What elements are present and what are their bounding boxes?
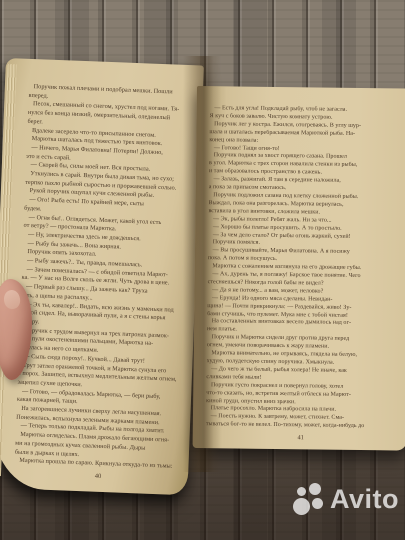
text-line: тываться бог-то не велел. По-тихому, мож… (206, 421, 396, 431)
right-page-text: — Есть для угла! Подкладай рыбу, чтоб не… (206, 105, 400, 443)
page-fore-edge (0, 64, 17, 476)
left-page-text: Поручик пожал плечами и подобрал мешки. … (14, 83, 197, 485)
left-book-page: Поручик пожал плечами и подобрал мешки. … (0, 58, 204, 495)
right-book-page: — Есть для угла! Подкладай рыбу, чтоб не… (193, 86, 405, 451)
right-page-number: 41 (206, 433, 396, 443)
avito-logo-icon (293, 483, 324, 515)
thumbnail (3, 289, 21, 310)
left-page-number: 40 (14, 470, 182, 485)
avito-wordmark: Avito (330, 484, 399, 515)
book-gutter-shadow (183, 56, 221, 472)
book-photo: Поручик пожал плечами и подобрал мешки. … (0, 0, 405, 540)
avito-watermark: Avito (293, 483, 399, 515)
